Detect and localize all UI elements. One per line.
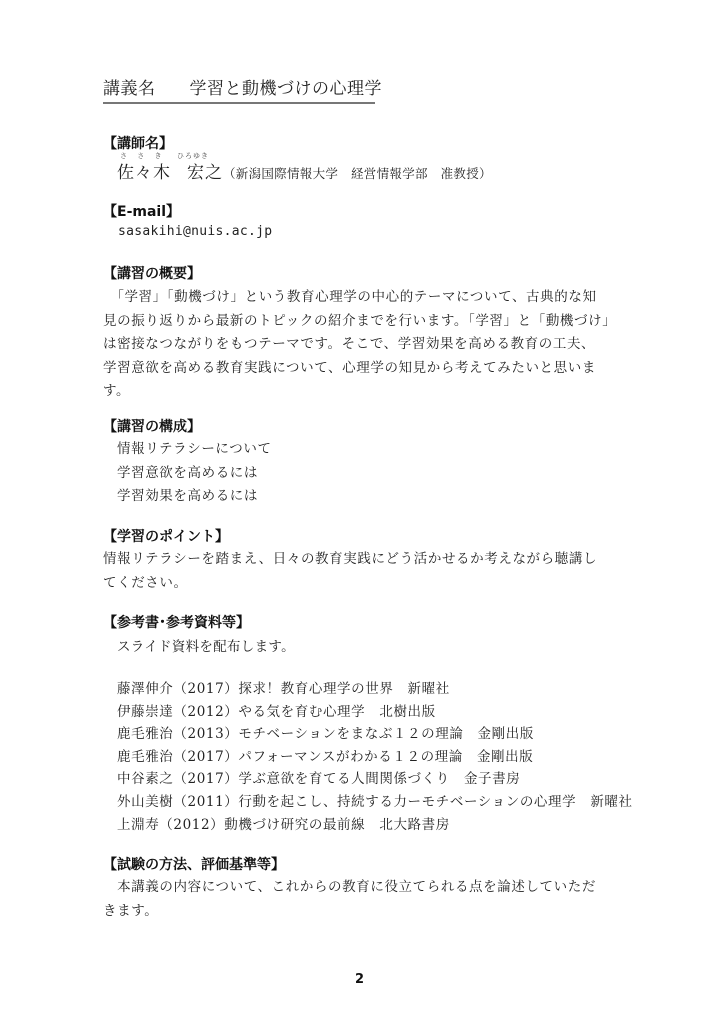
course-name: 学習と動機づけの心理学 (190, 79, 383, 99)
instructor-given-name: 宏之 (187, 163, 223, 183)
structure-item: 学習意欲を高めるには (117, 462, 637, 486)
reference-item: 藤澤伸介（2017）探求！教育心理学の世界 新曜社 (117, 678, 637, 701)
course-label: 講義名 (103, 79, 156, 99)
instructor-line: 佐々木宏之（新潟国際情報大学 経営情報学部 准教授） (117, 158, 492, 183)
reference-item: 伊藤崇達（2012）やる気を育む心理学 北樹出版 (117, 701, 637, 724)
course-title-block: 講義名学習と動機づけの心理学 (103, 74, 375, 104)
course-title: 講義名学習と動機づけの心理学 (103, 74, 375, 99)
overview-line: 見の振り返りから最新のトピックの紹介までを行います。「学習」と「動機づけ」 (103, 310, 623, 334)
points-heading: 【学習のポイント】 (103, 526, 229, 546)
reference-item: 上淵寿（2012）動機づけ研究の最前線 北大路書房 (117, 814, 637, 837)
overview-heading: 【講習の概要】 (103, 263, 201, 283)
references-list: 藤澤伸介（2017）探求！教育心理学の世界 新曜社 伊藤崇達（2012）やる気を… (117, 678, 637, 836)
references-heading: 【参考書･参考資料等】 (103, 612, 250, 632)
points-text: 情報リテラシーを踏まえ、日々の教育実践にどう活かせるか考えながら聴講し てくださ… (103, 548, 623, 595)
email-heading: 【E-mail】 (103, 201, 180, 221)
document-page: 講義名学習と動機づけの心理学 【講師名】 さ さ き ひろゆき 佐々木宏之（新潟… (0, 0, 724, 1024)
evaluation-heading: 【試験の方法、評価基準等】 (103, 854, 285, 874)
reference-item: 外山美樹（2011）行動を起こし、持続する力ーモチベーションの心理学 新曜社 (117, 791, 637, 814)
overview-text: 「学習」「動機づけ」という教育心理学の中心的テーマについて、古典的な知 見の振り… (103, 286, 623, 404)
structure-heading: 【講習の構成】 (103, 416, 201, 436)
structure-list: 情報リテラシーについて 学習意欲を高めるには 学習効果を高めるには (117, 438, 637, 509)
reference-item: 中谷素之（2017）学ぶ意欲を育てる人間関係づくり 金子書房 (117, 768, 637, 791)
email-address[interactable]: sasakihi@nuis.ac.jp (118, 224, 272, 239)
structure-item: 学習効果を高めるには (117, 485, 637, 509)
instructor-heading: 【講師名】 (103, 133, 173, 153)
evaluation-line: きます。 (103, 900, 623, 924)
evaluation-text: 本講義の内容について、これからの教育に役立てられる点を論述していただ きます。 (103, 876, 623, 923)
references-note: スライド資料を配布します。 (117, 635, 295, 655)
instructor-affiliation: （新潟国際情報大学 経営情報学部 准教授） (223, 166, 492, 181)
points-line: てください。 (103, 572, 623, 596)
overview-line: 学習意欲を高める教育実践について、心理学の知見から考えてみたいと思いま (103, 357, 623, 381)
structure-item: 情報リテラシーについて (117, 438, 637, 462)
overview-line: す。 (103, 380, 623, 404)
reference-item: 鹿毛雅治（2017）パフォーマンスがわかる１２の理論 金剛出版 (117, 746, 637, 769)
evaluation-line: 本講義の内容について、これからの教育に役立てられる点を論述していただ (103, 876, 623, 900)
instructor-family-name: 佐々木 (117, 163, 171, 183)
reference-item: 鹿毛雅治（2013）モチベーションをまなぶ１２の理論 金剛出版 (117, 723, 637, 746)
points-line: 情報リテラシーを踏まえ、日々の教育実践にどう活かせるか考えながら聴講し (103, 548, 623, 572)
page-number: 2 (355, 972, 364, 987)
overview-line: は密接なつながりをもつテーマです。そこで、学習効果を高める教育の工夫、 (103, 333, 623, 357)
overview-line: 「学習」「動機づけ」という教育心理学の中心的テーマについて、古典的な知 (103, 286, 623, 310)
